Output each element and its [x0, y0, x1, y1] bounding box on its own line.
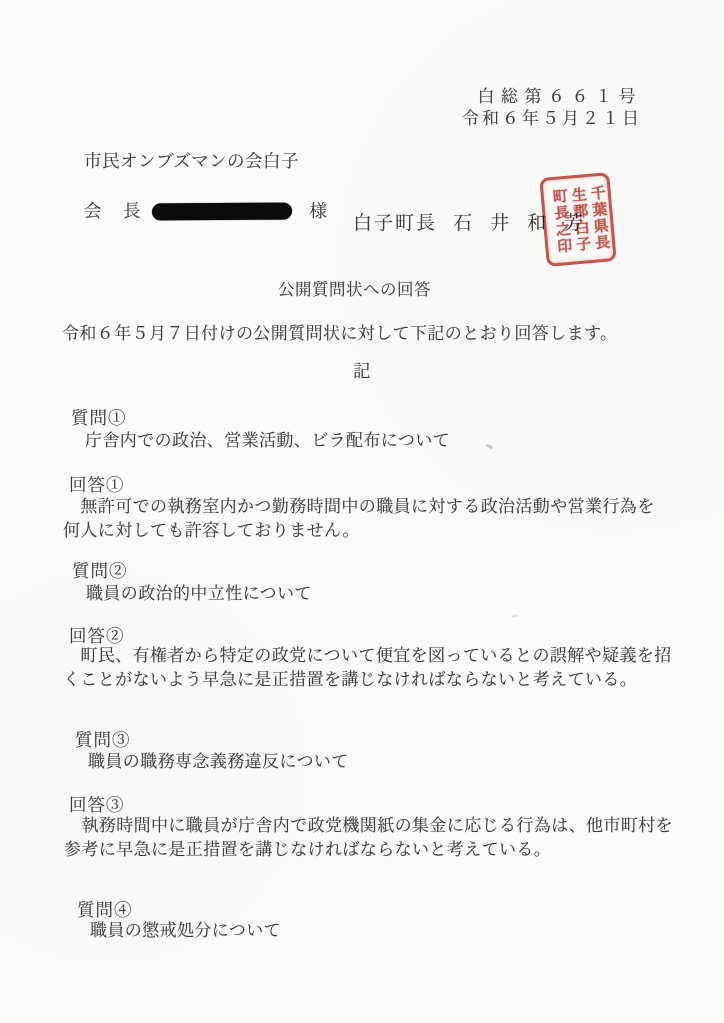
scanned-document-page: 白総第６６１号 令和６年５月２１日 市民オンブズマンの会白子 会 長様 白子町長… [0, 0, 724, 1023]
question-2-label: 質問② [72, 562, 128, 584]
answer-2-text: 町民、有権者から特定の政党について便宜を図っているとの誤解や疑義を招 くことがな… [63, 645, 713, 692]
document-date: 令和６年５月２１日 [462, 109, 642, 130]
question-4-label: 質問④ [77, 901, 133, 923]
question-4-text: 職員の懲戒処分について [90, 921, 281, 942]
scan-noise-mark [512, 614, 518, 617]
answer-1-text: 無許可での執務室内かつ勤務時間中の職員に対する政治活動や営業行為を 何人に対して… [63, 496, 713, 543]
intro-sentence: 令和６年５月７日付けの公開質問状に対して下記のとおり回答します。 [62, 324, 617, 345]
scan-noise-mark [486, 444, 494, 450]
recipient-honorific: 様 [310, 202, 330, 222]
question-3-label: 質問③ [75, 731, 131, 753]
document-title: 公開質問状への回答 [278, 280, 431, 301]
answer-1-label: 回答① [69, 476, 125, 498]
question-2-text: 職員の政治的中立性について [86, 584, 312, 605]
answer-3-text: 執務時間中に職員が庁舎内で政党機関紙の集金に応じる行為は、他市町村を 参考に早急… [64, 815, 714, 862]
recipient-organization: 市民オンブズマンの会白子 [84, 152, 299, 174]
question-3-text: 職員の職務専念義務違反について [88, 752, 349, 773]
recipient-title-label: 会 長 [84, 202, 143, 222]
redaction-bar [151, 202, 291, 220]
ki-marker: 記 [0, 362, 724, 384]
question-1-text: 庁舎内での政治、営業活動、ビラ配布について [85, 431, 450, 452]
document-number: 白総第６６１号 [478, 87, 643, 108]
official-red-seal: 千葉県長 生郡白子 町長之印 [539, 172, 616, 267]
question-1-label: 質問① [71, 409, 127, 431]
recipient-line: 会 長様 [84, 180, 329, 224]
